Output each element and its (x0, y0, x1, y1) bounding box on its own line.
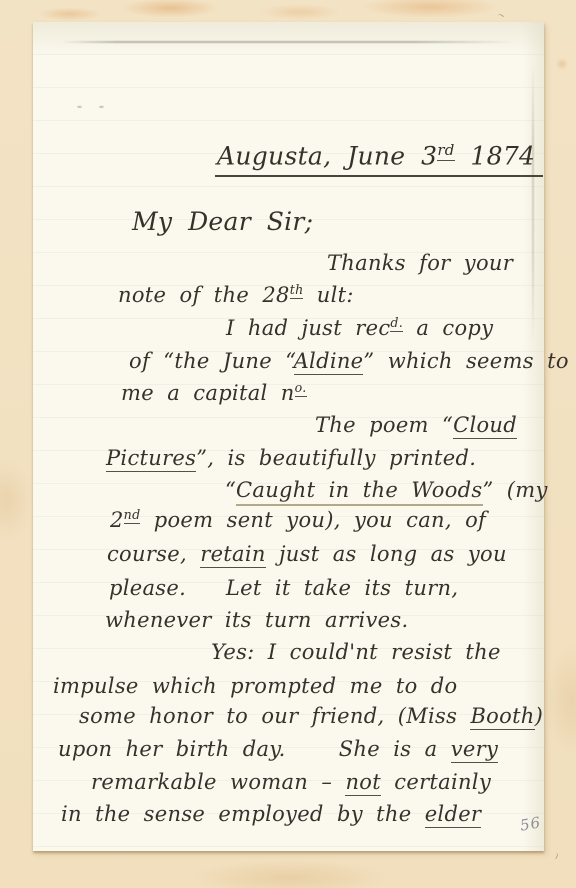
letter-text-segment: ”, is beautifully printed. (196, 446, 476, 470)
letter-text-segment: ” (my (483, 478, 548, 502)
letter-line-body-18: in the sense employed by the elder (61, 802, 481, 826)
letter-text-segment: ult: (303, 283, 353, 307)
letter-text-segment: Aldine (294, 349, 364, 375)
letter-line-body-11: please. Let it take its turn, (109, 576, 458, 600)
letter-text-segment: Cloud (453, 413, 517, 439)
letter-line-body-13: Yes: I could'nt resist the (211, 640, 501, 664)
letter-text-segment: ” which seems to (363, 349, 568, 373)
letter-text-segment: some honor to our friend, (Miss (79, 704, 470, 728)
letter-line-body-17: remarkable woman – not certainly (91, 770, 491, 794)
letter-text-segment: Pictures (106, 446, 196, 472)
ink-smudge: ‑ ‑ (77, 102, 147, 110)
letter-text-segment: in the sense employed by the (61, 802, 425, 826)
letter-text-segment: poem sent you), you can, of (140, 508, 486, 532)
letter-text-segment: 1874 (455, 141, 536, 170)
letter-line-body-2: note of the 28th ult: (118, 283, 354, 307)
letter-line-body-3: I had just recd. a copy (226, 316, 493, 340)
letter-text-segment: elder (425, 802, 482, 828)
mat-pen-mark-bottom-right (551, 851, 559, 859)
letter-text-segment: rd (437, 141, 454, 161)
letter-sheet: ‑ ‑ 56 Augusta, June 3rd 1874My Dear Sir… (33, 22, 544, 851)
letter-text-segment: course, (107, 542, 200, 566)
letter-line-body-10: course, retain just as long as you (107, 542, 507, 566)
letter-text-segment: Yes: I could'nt resist the (211, 640, 501, 664)
letter-text-segment: retain (200, 542, 265, 568)
letter-line-body-6: The poem “Cloud (315, 413, 517, 437)
letter-text-segment: Thanks for your (327, 251, 513, 275)
letter-text-segment: I had just rec (226, 316, 390, 340)
letter-text-segment: upon her birth day. She is a (58, 737, 451, 761)
letter-line-body-4: of “the June “Aldine” which seems to (129, 349, 569, 373)
letter-line-body-15: some honor to our friend, (Miss Booth) (79, 704, 543, 728)
letter-text-segment: just as long as you (266, 542, 507, 566)
letter-text-segment: d. (390, 315, 403, 332)
letter-line-body-14: impulse which prompted me to do (53, 674, 458, 698)
mat-pen-mark-top-right (496, 13, 504, 21)
letter-text-segment: “ (225, 478, 236, 502)
letter-text-segment: th (290, 282, 304, 299)
letter-text-segment: me a capital n (121, 381, 295, 405)
letter-text-segment: note of the 28 (118, 283, 290, 307)
letter-text-segment: very (451, 737, 498, 763)
letter-text-segment: of “the June “ (129, 349, 294, 373)
fold-line (61, 41, 513, 43)
letter-line-salutation: My Dear Sir; (132, 208, 313, 237)
letter-text-segment: The poem “ (315, 413, 453, 437)
letter-line-body-5: me a capital no. (121, 381, 307, 405)
album-mat: ‑ ‑ 56 Augusta, June 3rd 1874My Dear Sir… (0, 0, 576, 888)
letter-line-body-1: Thanks for your (327, 251, 513, 275)
letter-text-segment: nd (124, 507, 141, 524)
letter-text-segment: a copy (403, 316, 493, 340)
letter-text-segment: whenever its turn arrives. (105, 608, 408, 632)
paper-crease (532, 64, 534, 344)
letter-text-segment: 2 (110, 508, 124, 532)
letter-text-segment: not (345, 770, 381, 796)
letter-line-body-12: whenever its turn arrives. (105, 608, 408, 632)
letter-text-segment: Caught in the Woods (236, 478, 482, 506)
letter-line-dateline: Augusta, June 3rd 1874 (215, 142, 543, 177)
letter-text-segment: certainly (381, 770, 491, 794)
letter-text-segment: impulse which prompted me to do (53, 674, 458, 698)
letter-line-body-16: upon her birth day. She is a very (58, 737, 498, 761)
letter-text-segment: Booth (470, 704, 534, 730)
pencil-catalog-number: 56 (519, 813, 543, 834)
letter-text-segment: Augusta, June 3 (217, 141, 437, 170)
letter-text-segment: o. (295, 380, 307, 397)
letter-text-segment: please. Let it take its turn, (109, 576, 458, 600)
letter-line-body-8: “Caught in the Woods” (my (225, 478, 548, 502)
letter-text-segment: My Dear Sir; (132, 207, 313, 236)
letter-text-segment: remarkable woman – (91, 770, 345, 794)
letter-text-segment: ) (535, 704, 544, 728)
letter-line-body-9: 2nd poem sent you), you can, of (110, 508, 486, 532)
letter-line-body-7: Pictures”, is beautifully printed. (106, 446, 476, 470)
